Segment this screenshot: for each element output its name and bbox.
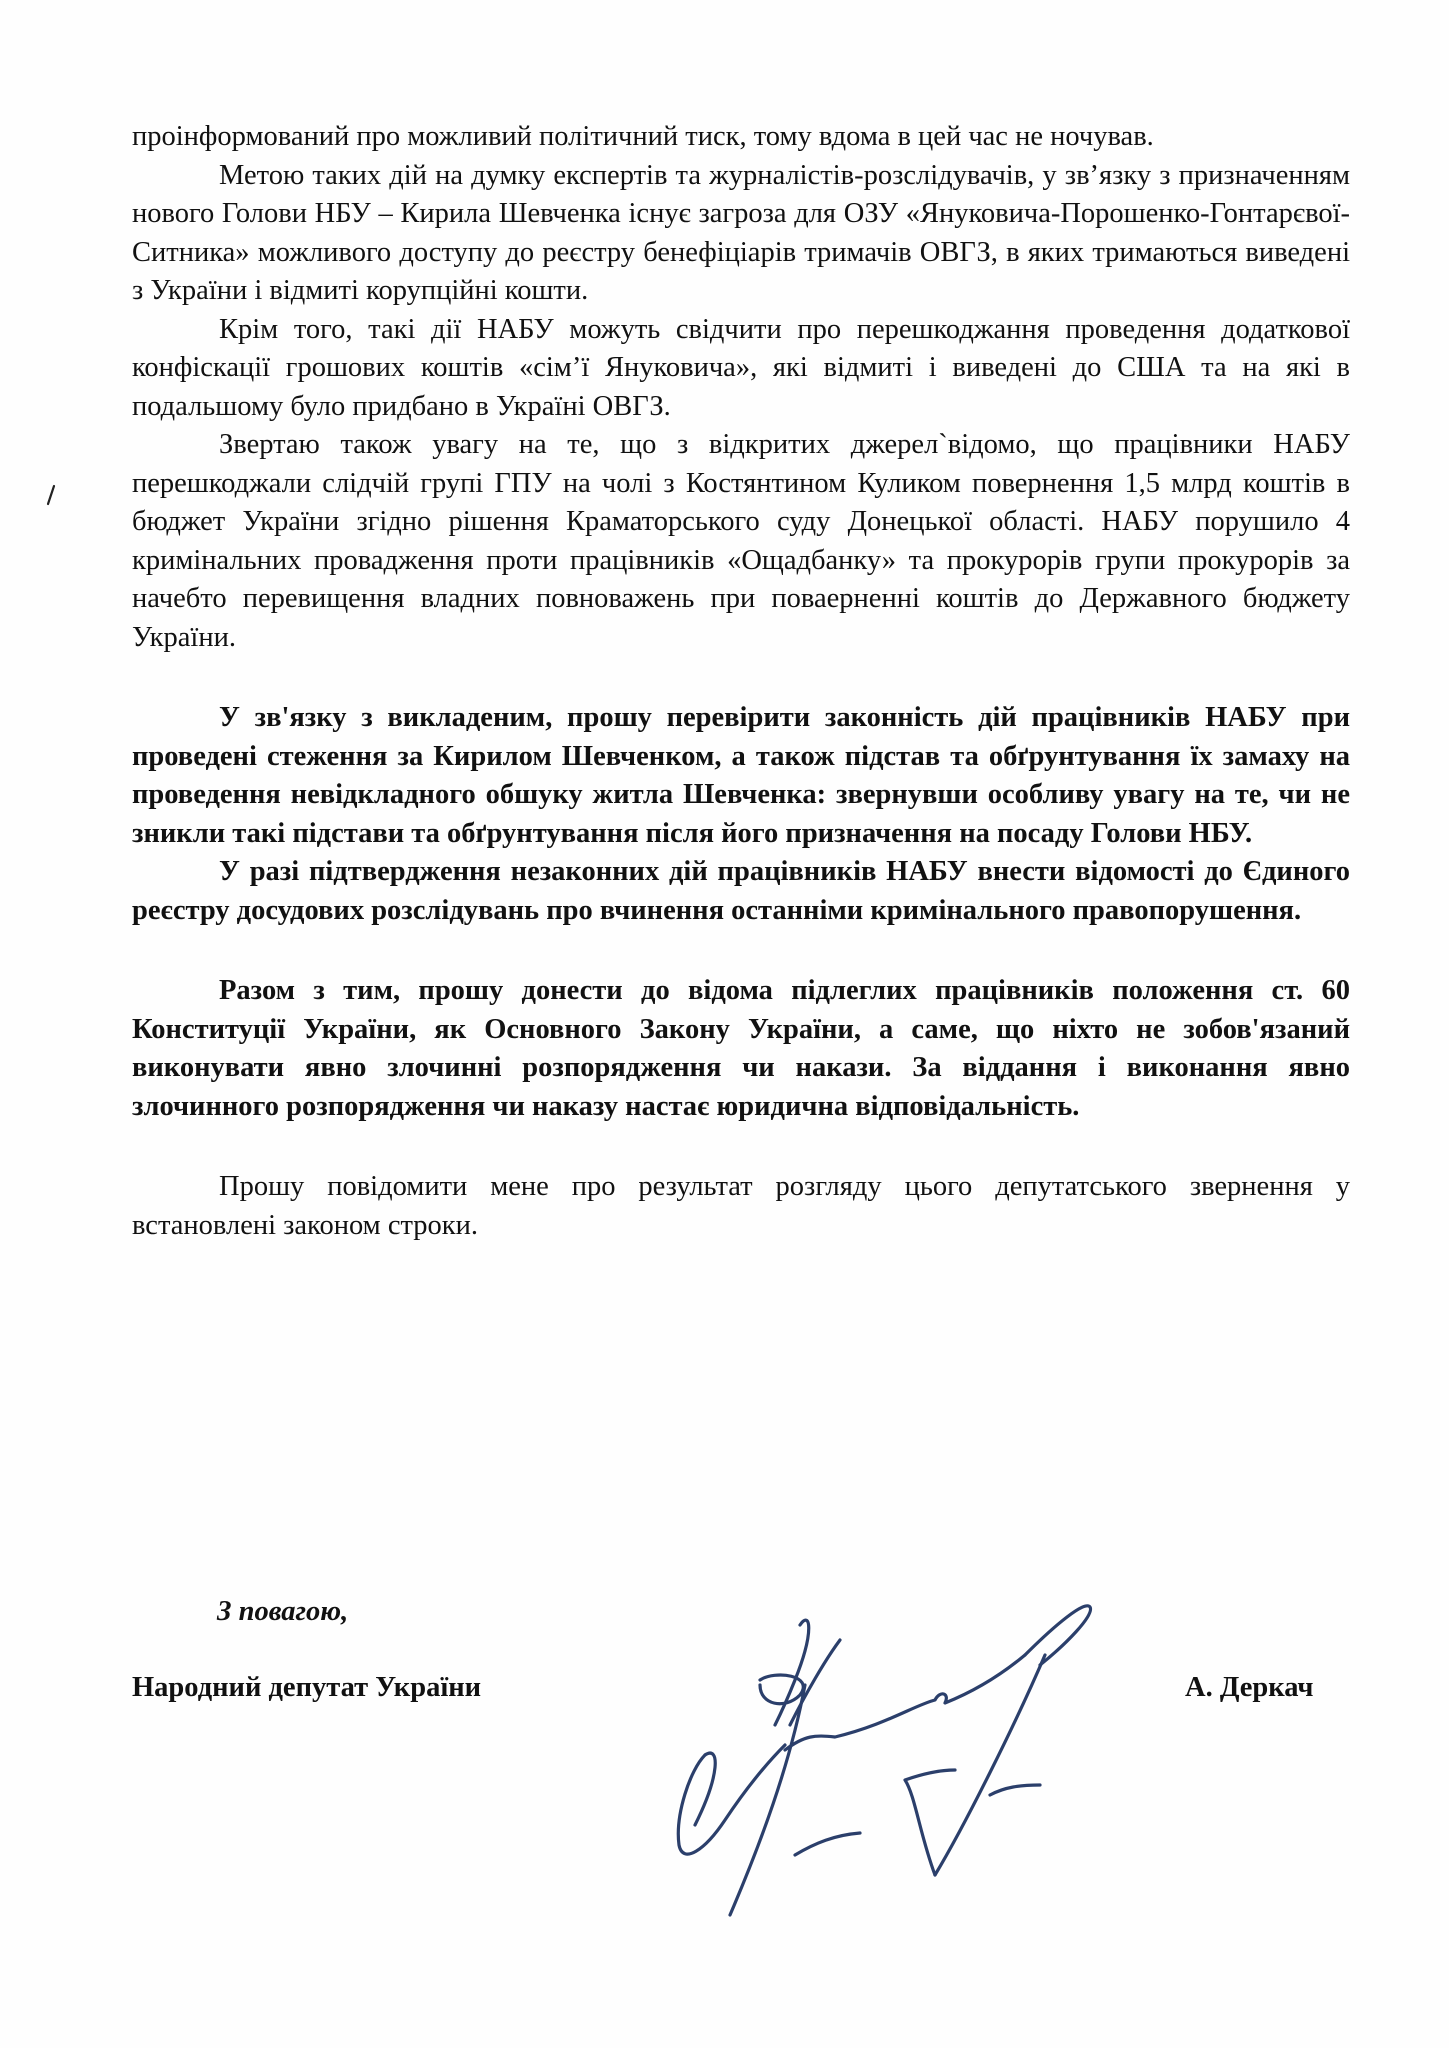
letter-body: проінформований про можливий політичний …	[132, 118, 1350, 1245]
paragraph-obstruction: Звертаю також увагу на те, що з відкрити…	[132, 426, 1350, 657]
closing-salutation: З повагою,	[217, 1594, 348, 1630]
paragraph-request-check: У зв'язку з викладеним, прошу перевірити…	[132, 699, 1350, 853]
paragraph-confiscation: Крім того, такі дії НАБУ можуть свідчити…	[132, 311, 1350, 427]
spacer	[132, 657, 1350, 699]
spacer	[132, 930, 1350, 972]
handwritten-signature-icon	[665, 1585, 1155, 1925]
paragraph-request-register: У разі підтвердження незаконних дій прац…	[132, 853, 1350, 930]
paragraph-purpose: Метою таких дій на думку експертів та жу…	[132, 157, 1350, 311]
margin-pen-mark	[44, 484, 58, 506]
paragraph-constitution: Разом з тим, прошу донести до відома під…	[132, 972, 1350, 1126]
paragraph-continuation: проінформований про можливий політичний …	[132, 118, 1350, 157]
document-page: проінформований про можливий політичний …	[0, 0, 1449, 2048]
signer-title: Народний депутат України	[132, 1670, 481, 1706]
spacer	[132, 1126, 1350, 1168]
signer-name: А. Деркач	[1185, 1670, 1313, 1706]
paragraph-notify: Прошу повідомити мене про результат розг…	[132, 1168, 1350, 1245]
